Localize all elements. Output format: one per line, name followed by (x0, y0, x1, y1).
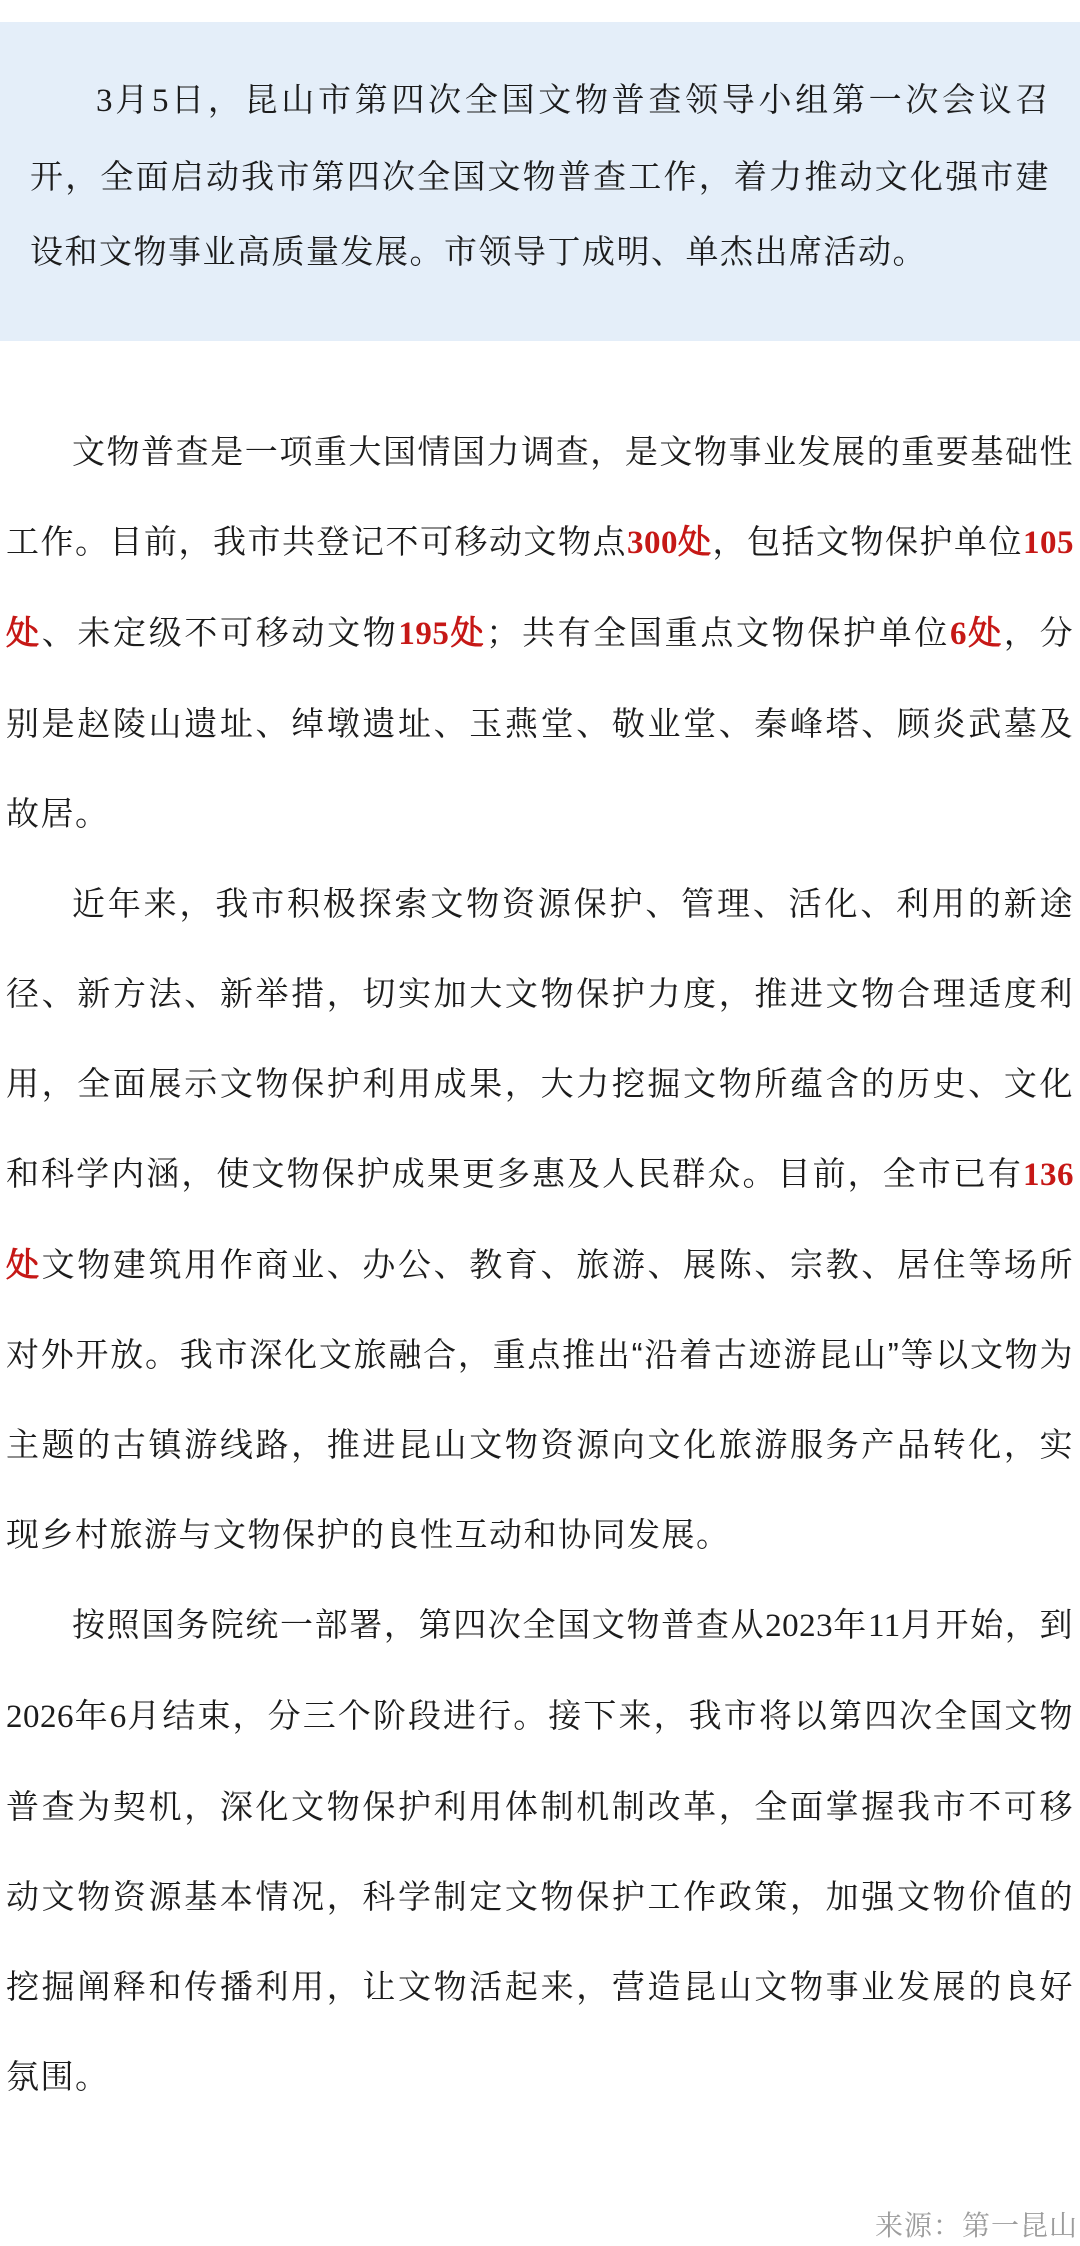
numeral: 195 (398, 616, 449, 652)
numeral: 6 (110, 1699, 127, 1735)
text-run: 、未定级不可移动文物 (42, 614, 399, 651)
numeral: 300 (627, 525, 678, 561)
intro-paragraph: 3月5日，昆山市第四次全国文物普查领导小组第一次会议召开，全面启动我市第四次全国… (30, 62, 1050, 289)
article-paragraph: 按照国务院统一部署，第四次全国文物普查从2023年11月开始，到2026年6月结… (6, 1580, 1074, 2122)
article-body: 文物普查是一项重大国情国力调查，是文物事业发展的重要基础性工作。目前，我市共登记… (0, 407, 1080, 2122)
numeral: 105 (1023, 525, 1074, 561)
numeral: 2026 (6, 1699, 74, 1735)
stat-highlight: 6处 (950, 614, 1004, 651)
numeral: 6 (950, 616, 967, 652)
stat-highlight: 300处 (627, 523, 713, 560)
numeral: 11 (868, 1608, 901, 1644)
numeral: 5 (152, 83, 169, 119)
article-paragraph: 文物普查是一项重大国情国力调查，是文物事业发展的重要基础性工作。目前，我市共登记… (6, 407, 1074, 859)
article-page: 3月5日，昆山市第四次全国文物普查领导小组第一次会议召开，全面启动我市第四次全国… (0, 22, 1080, 2246)
text-run: 按照国务院统一部署，第四次全国文物普查从2023年11月开始，到2026年6月结… (6, 1606, 1074, 2095)
text-run: 文物建筑用作商业、办公、教育、旅游、展陈、宗教、居住等场所对外开放。我市深化文旅… (6, 1246, 1074, 1553)
intro-highlight-box: 3月5日，昆山市第四次全国文物普查领导小组第一次会议召开，全面启动我市第四次全国… (0, 22, 1080, 341)
numeral: 136 (1023, 1157, 1074, 1193)
source-credit: 来源：第一昆山 (0, 2206, 1080, 2246)
numeral: 2023 (765, 1608, 833, 1644)
text-run: ；共有全国重点文物保护单位 (486, 614, 950, 651)
article-paragraph: 近年来，我市积极探索文物资源保护、管理、活化、利用的新途径、新方法、新举措，切实… (6, 859, 1074, 1580)
numeral: 3 (96, 83, 113, 119)
stat-highlight: 195处 (398, 614, 486, 651)
text-run: 3月5日，昆山市第四次全国文物普查领导小组第一次会议召开，全面启动我市第四次全国… (30, 81, 1050, 270)
text-run: 近年来，我市积极探索文物资源保护、管理、活化、利用的新途径、新方法、新举措，切实… (6, 885, 1074, 1192)
text-run: ，包括文物保护单位 (713, 523, 1024, 560)
